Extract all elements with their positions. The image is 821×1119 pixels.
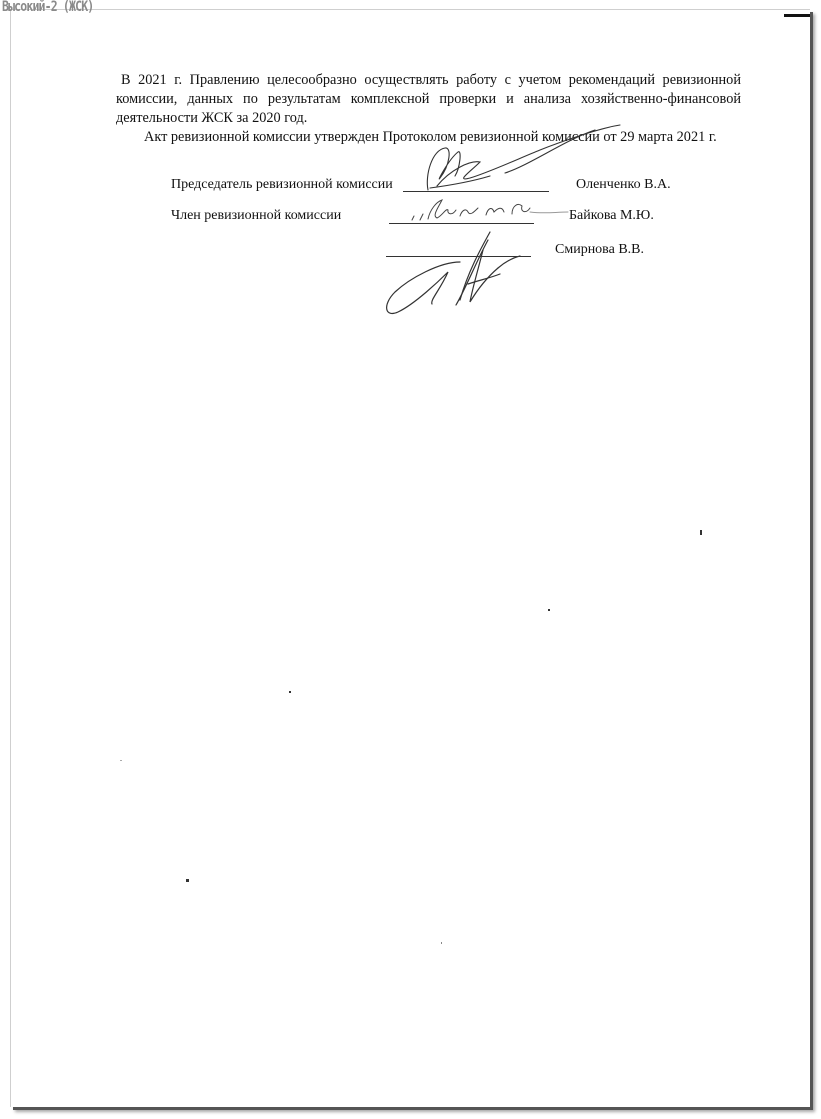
scan-speck (120, 760, 122, 761)
handwritten-signatures-icon (0, 0, 821, 400)
scan-speck (548, 609, 550, 611)
watermark-label: Высокий-2 (ЖСК) (2, 0, 93, 15)
scan-speck (289, 691, 291, 693)
scan-speck (700, 530, 702, 535)
scan-speck (186, 879, 189, 882)
scan-speck (441, 942, 442, 944)
